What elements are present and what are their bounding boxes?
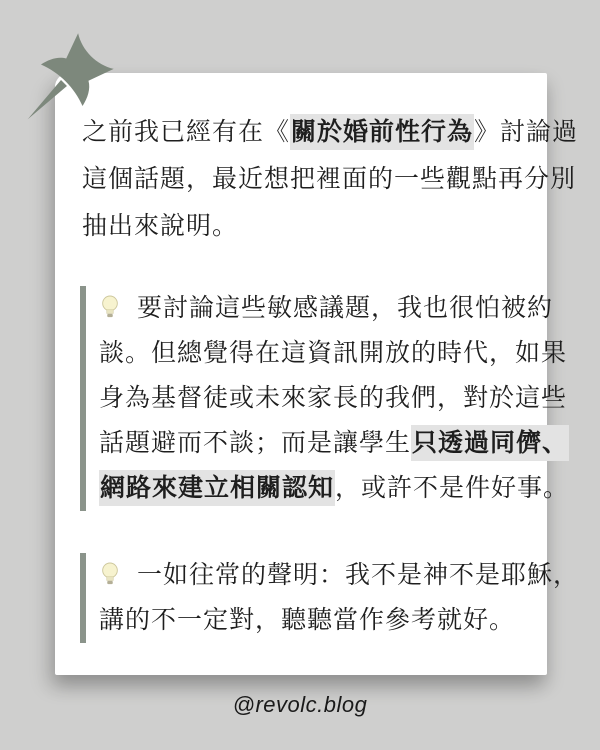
lightbulb-icon <box>99 294 121 320</box>
text-line: 身為基督徒或未來家長的我們，對於這些 <box>99 376 569 421</box>
highlighted-text: 只透過同儕、 <box>411 425 569 461</box>
text-segment: 這個話題，最近想把裡面的一些觀點再分別 <box>82 165 576 193</box>
pushpin-icon <box>10 32 115 137</box>
intro-paragraph: 之前我已經有在《關於婚前性行為》討論過這個話題，最近想把裡面的一些觀點再分別抽出… <box>82 109 578 250</box>
text-line: 談。但總覺得在這資訊開放的時代，如果 <box>99 331 569 376</box>
text-segment: 一如往常的聲明：我不是神不是耶穌， <box>129 561 579 589</box>
text-line: 這個話題，最近想把裡面的一些觀點再分別 <box>82 156 578 203</box>
highlighted-text: 關於婚前性行為 <box>290 114 474 150</box>
post-image: 之前我已經有在《關於婚前性行為》討論過這個話題，最近想把裡面的一些觀點再分別抽出… <box>0 0 600 750</box>
text-line: 之前我已經有在《關於婚前性行為》討論過 <box>82 109 578 156</box>
text-segment: 要討論這些敏感議題，我也很怕被約 <box>129 294 553 322</box>
text-line: 網路來建立相關認知，或許不是件好事。 <box>99 466 569 511</box>
highlighted-text: 網路來建立相關認知 <box>99 470 335 506</box>
quote-text-1: 要討論這些敏感議題，我也很怕被約談。但總覺得在這資訊開放的時代，如果身為基督徒或… <box>99 286 569 511</box>
text-segment: ，或許不是件好事。 <box>335 474 569 502</box>
text-line: 要討論這些敏感議題，我也很怕被約 <box>99 286 569 331</box>
text-segment: 》討論過 <box>474 118 578 146</box>
quote-left-bar <box>80 286 86 511</box>
text-line: 抽出來說明。 <box>82 203 578 250</box>
content-card: 之前我已經有在《關於婚前性行為》討論過這個話題，最近想把裡面的一些觀點再分別抽出… <box>55 73 547 675</box>
text-segment: 講的不一定對，聽聽當作參考就好。 <box>99 606 515 634</box>
quote-block-2: 一如往常的聲明：我不是神不是耶穌，講的不一定對，聽聽當作參考就好。 <box>80 553 579 643</box>
quote-text-2: 一如往常的聲明：我不是神不是耶穌，講的不一定對，聽聽當作參考就好。 <box>99 553 579 643</box>
quote-left-bar <box>80 553 86 643</box>
text-line: 一如往常的聲明：我不是神不是耶穌， <box>99 553 579 598</box>
text-segment: 話題避而不談；而是讓學生 <box>99 429 411 457</box>
text-segment: 談。但總覺得在這資訊開放的時代，如果 <box>99 339 567 367</box>
text-line: 講的不一定對，聽聽當作參考就好。 <box>99 598 579 643</box>
text-segment: 身為基督徒或未來家長的我們，對於這些 <box>99 384 567 412</box>
text-line: 話題避而不談；而是讓學生只透過同儕、 <box>99 421 569 466</box>
account-handle: @revolc.blog <box>0 692 600 718</box>
text-segment: 抽出來說明。 <box>82 212 238 240</box>
quote-block-1: 要討論這些敏感議題，我也很怕被約談。但總覺得在這資訊開放的時代，如果身為基督徒或… <box>80 286 569 511</box>
lightbulb-icon <box>99 561 121 587</box>
